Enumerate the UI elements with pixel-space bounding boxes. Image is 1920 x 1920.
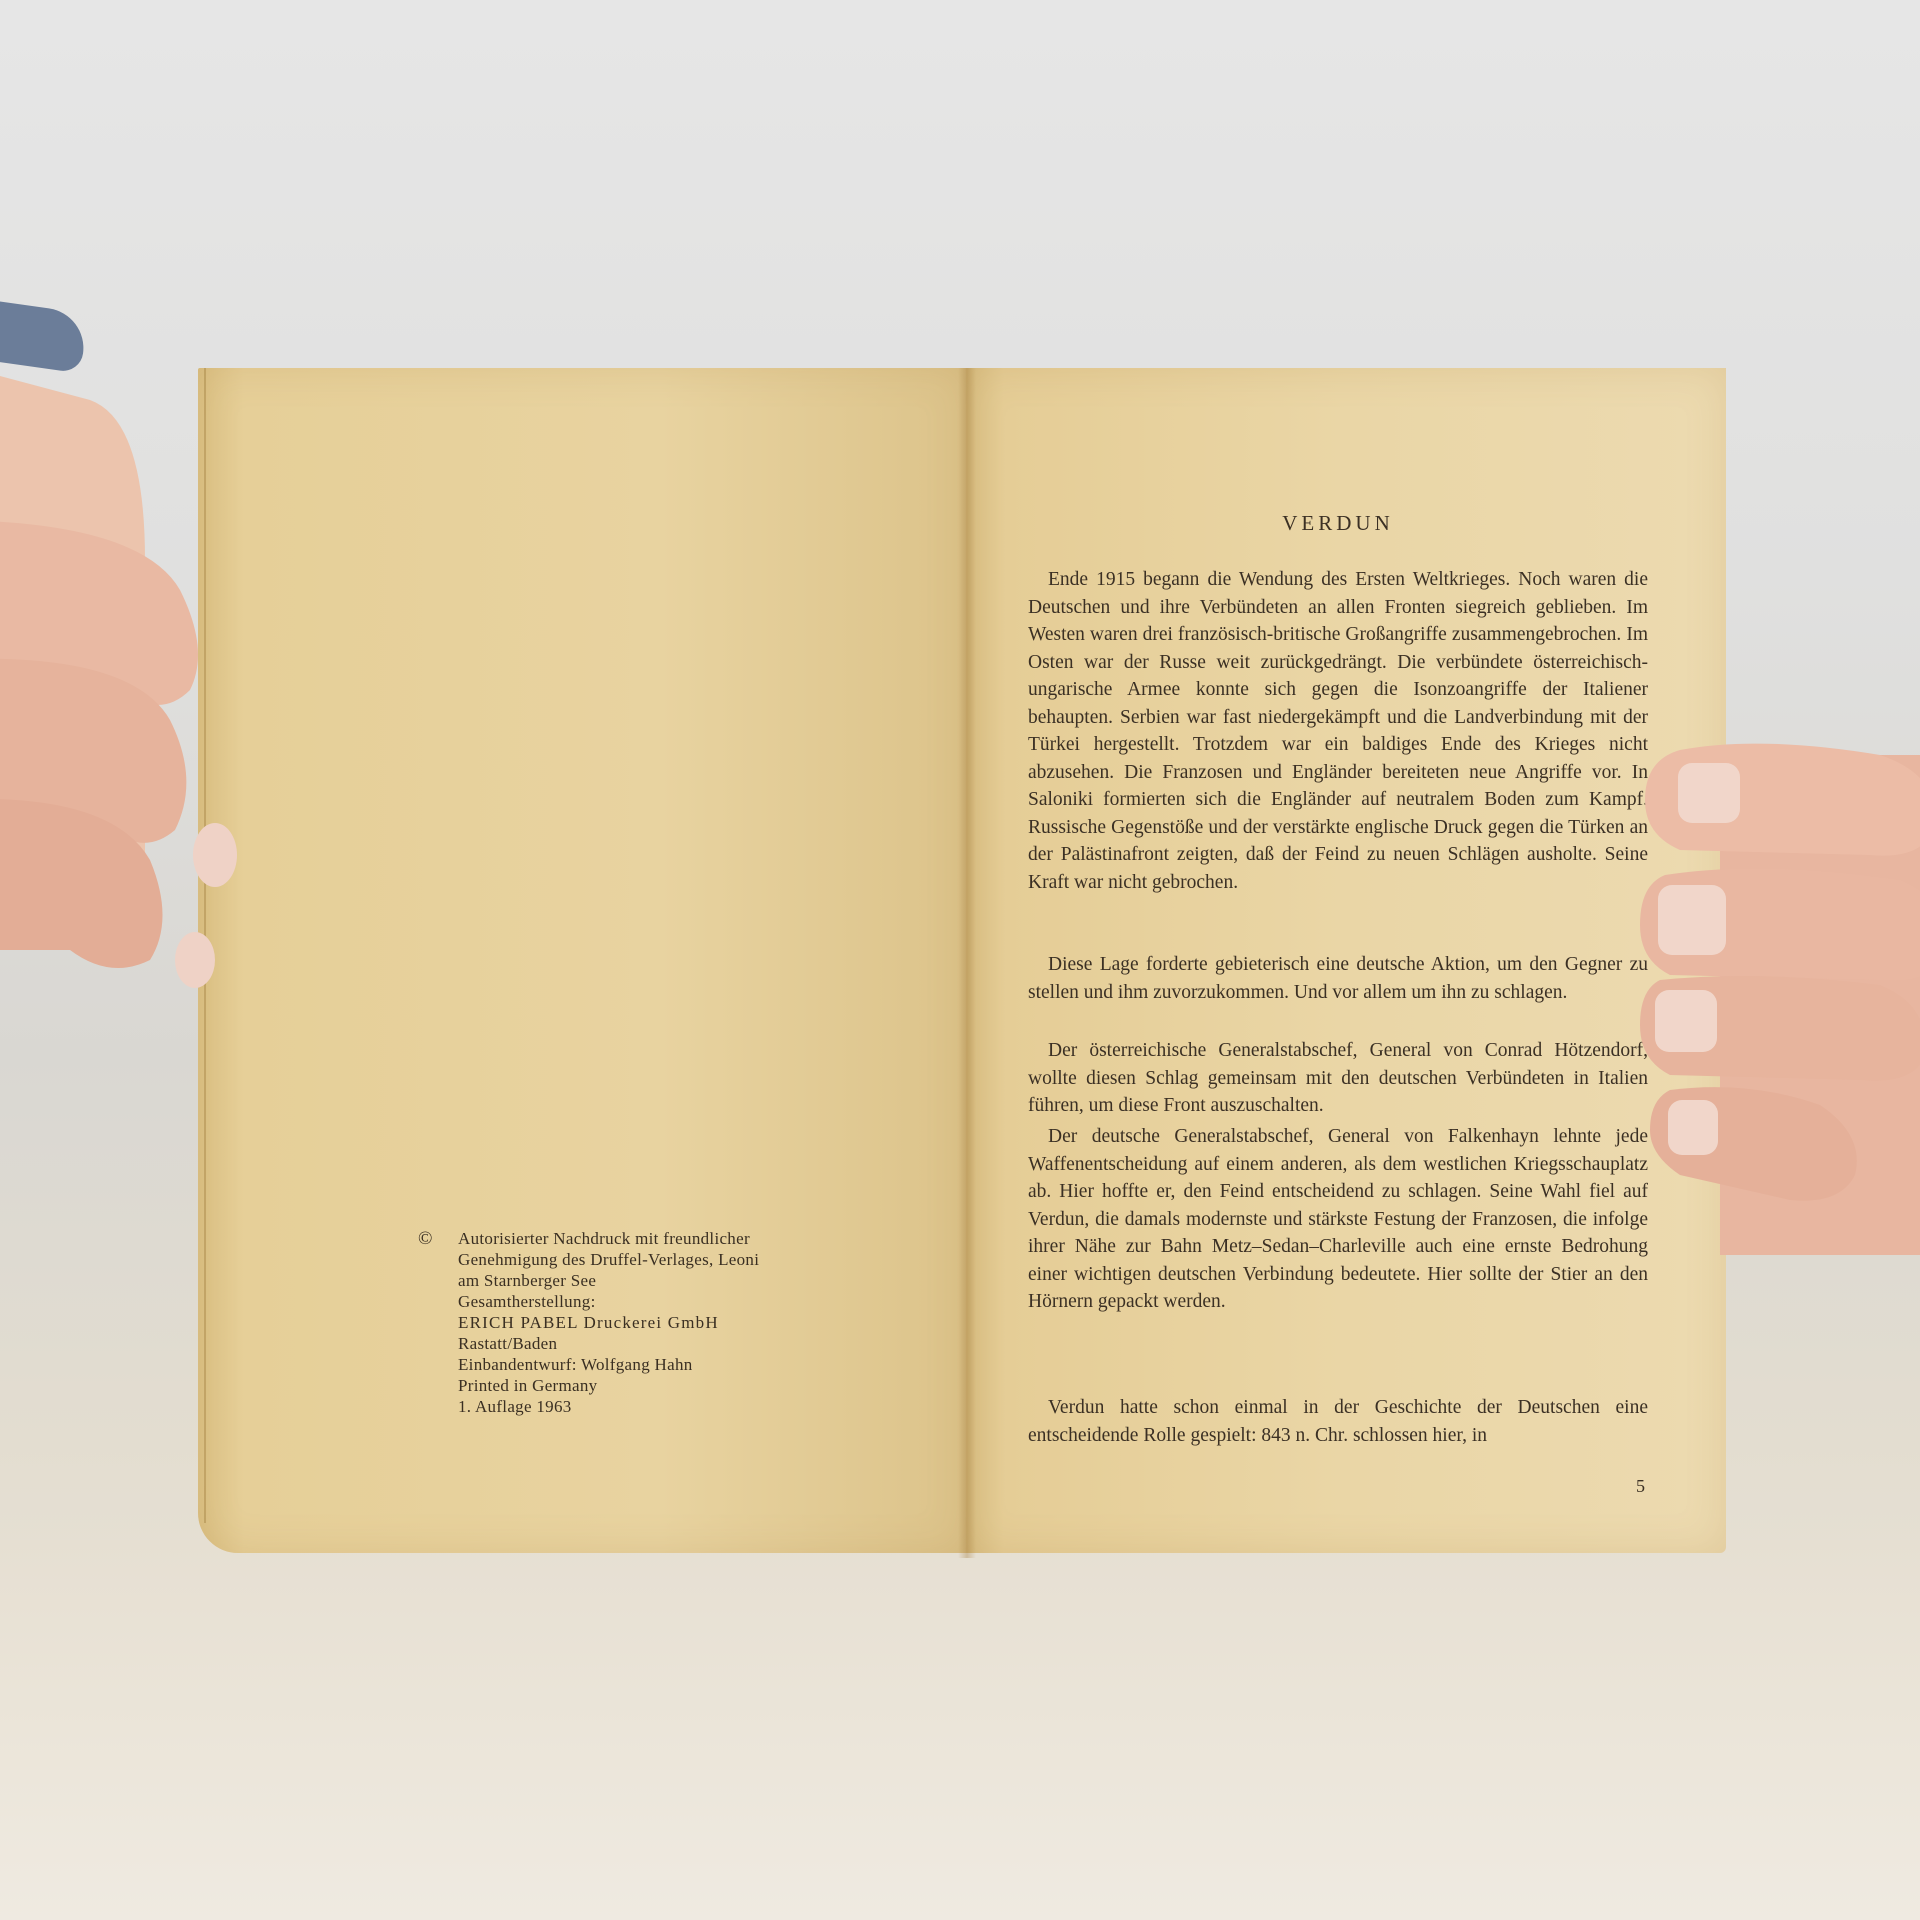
imprint-line: Genehmigung des Druffel-Verlages, Leoni bbox=[458, 1249, 858, 1270]
paragraph: Ende 1915 begann die Wendung des Ersten … bbox=[1028, 566, 1648, 896]
imprint-line: Autorisierter Nachdruck mit freundlicher bbox=[458, 1228, 858, 1249]
imprint-line: ERICH PABEL Druckerei GmbH bbox=[458, 1312, 858, 1333]
imprint-line: Printed in Germany bbox=[458, 1375, 858, 1396]
imprint-line: am Starnberger See bbox=[458, 1270, 858, 1291]
paragraph: Diese Lage forderte gebieterisch eine de… bbox=[1028, 951, 1648, 1006]
imprint-line: Gesamtherstellung: bbox=[458, 1291, 858, 1312]
right-hand-icon bbox=[1640, 735, 1920, 1255]
paragraph: Der deutsche Generalstabschef, General v… bbox=[1028, 1123, 1648, 1316]
table-surface bbox=[0, 1540, 1920, 1920]
left-hand-icon bbox=[0, 360, 240, 1140]
open-book: © Autorisierter Nachdruck mit freundlich… bbox=[198, 368, 1726, 1558]
imprint-line: Einbandentwurf: Wolfgang Hahn bbox=[458, 1354, 858, 1375]
page-number: 5 bbox=[1636, 1476, 1645, 1497]
paragraph: Der österreichische Generalstabschef, Ge… bbox=[1028, 1037, 1648, 1120]
chapter-title: VERDUN bbox=[1028, 510, 1648, 538]
copyright-icon: © bbox=[418, 1228, 432, 1249]
paragraph: Verdun hatte schon einmal in der Geschic… bbox=[1028, 1394, 1648, 1449]
imprint-line: 1. Auflage 1963 bbox=[458, 1396, 858, 1417]
imprint-block: © Autorisierter Nachdruck mit freundlich… bbox=[458, 1228, 858, 1417]
imprint-line: Rastatt/Baden bbox=[458, 1333, 858, 1354]
book-gutter bbox=[958, 368, 976, 1558]
